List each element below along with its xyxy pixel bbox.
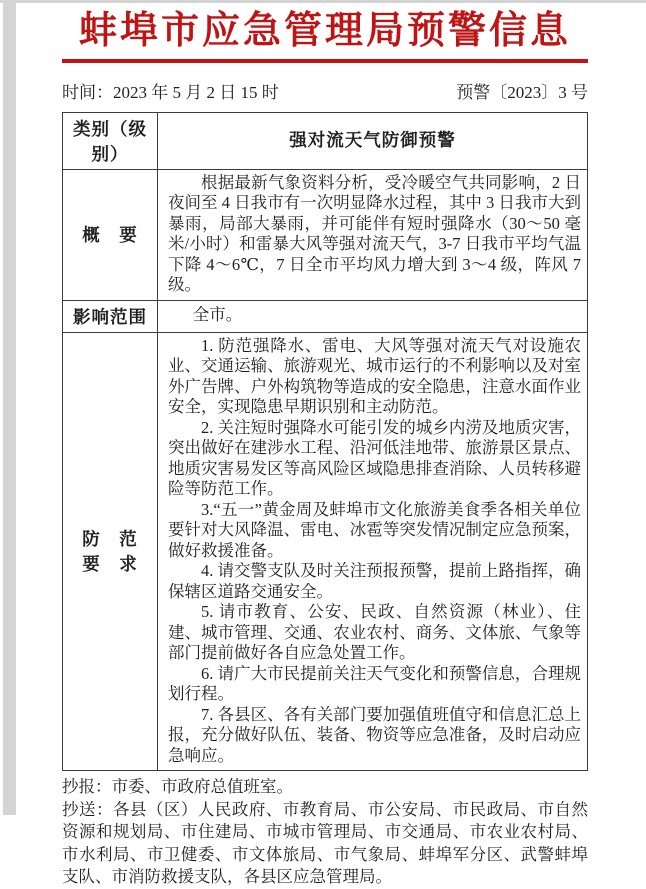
category-label: 类别（级别） xyxy=(63,112,158,169)
table-row-measures: 防 范 要 求 1. 防范强降水、雷电、大风等强对流天气对设施农业、交通运输、旅… xyxy=(63,332,588,771)
document-footer: 抄报：市委、市政府总值班室。 抄送：各县（区）人民政府、市教育局、市公安局、市民… xyxy=(62,776,588,815)
measure-item: 2. 关注短时强降水可能引发的城乡内涝及地质灾害，突出做好在建涉水工程、沿河低洼… xyxy=(168,418,581,500)
table-row-summary: 概 要 根据最新气象资料分析，受冷暖空气共同影响，2 日夜间至 4 日我市有一次… xyxy=(63,169,588,300)
page-title: 蚌埠市应急管理局预警信息 xyxy=(62,0,588,56)
document-meta: 时间：2023 年 5 月 2 日 15 时 预警〔2023〕3 号 xyxy=(62,78,588,103)
table-row-scope: 影响范围 全市。 xyxy=(63,300,588,332)
scope-cell: 全市。 xyxy=(158,300,588,332)
title-underline xyxy=(62,59,588,63)
measures-cell: 1. 防范强降水、雷电、大风等强对流天气对设施农业、交通运输、旅游观光、城市运行… xyxy=(158,332,588,771)
issue-time: 时间：2023 年 5 月 2 日 15 时 xyxy=(62,78,279,103)
warning-document: 蚌埠市应急管理局预警信息 时间：2023 年 5 月 2 日 15 时 预警〔2… xyxy=(62,0,588,815)
scope-label: 影响范围 xyxy=(63,300,158,332)
distribute-to-line: 抄送：各县（区）人民政府、市教育局、市公安局、市民政局、市自然资源和规划局、市住… xyxy=(62,799,588,816)
screenshot-left-edge xyxy=(3,3,16,815)
summary-text: 根据最新气象资料分析，受冷暖空气共同影响，2 日夜间至 4 日我市有一次明显降水… xyxy=(168,173,581,296)
measures-label-line1: 防 范 xyxy=(65,526,155,551)
measures-label: 防 范 要 求 xyxy=(63,332,158,771)
measure-item: 4. 请交警支队及时关注预报预警，提前上路指挥，确保辖区道路交通安全。 xyxy=(168,561,581,602)
summary-label: 概 要 xyxy=(63,169,158,300)
measure-item: 1. 防范强降水、雷电、大风等强对流天气对设施农业、交通运输、旅游观光、城市运行… xyxy=(168,336,581,418)
category-value: 强对流天气防御预警 xyxy=(158,112,588,169)
measures-label-line2: 要 求 xyxy=(65,551,155,576)
summary-cell: 根据最新气象资料分析，受冷暖空气共同影响，2 日夜间至 4 日我市有一次明显降水… xyxy=(158,169,588,300)
measure-item: 6. 请广大市民提前关注天气变化和预警信息，合理规划行程。 xyxy=(168,664,581,705)
scope-text: 全市。 xyxy=(168,305,581,326)
measure-item: 3.“五一”黄金周及蚌埠市文化旅游美食季各相关单位要针对大风降温、雷电、冰雹等突… xyxy=(168,500,581,562)
copy-to-line: 抄报：市委、市政府总值班室。 xyxy=(62,776,588,799)
warning-table: 类别（级别） 强对流天气防御预警 概 要 根据最新气象资料分析，受冷暖空气共同影… xyxy=(62,112,588,772)
measure-item: 7. 各县区、各有关部门要加强值班值守和信息汇总上报，充分做好队伍、装备、物资等… xyxy=(168,705,581,767)
measure-item: 5. 请市教育、公安、民政、自然资源（林业）、住建、城市管理、交通、农业农村、商… xyxy=(168,602,581,664)
doc-number: 预警〔2023〕3 号 xyxy=(456,78,588,103)
table-row-category: 类别（级别） 强对流天气防御预警 xyxy=(63,112,588,169)
